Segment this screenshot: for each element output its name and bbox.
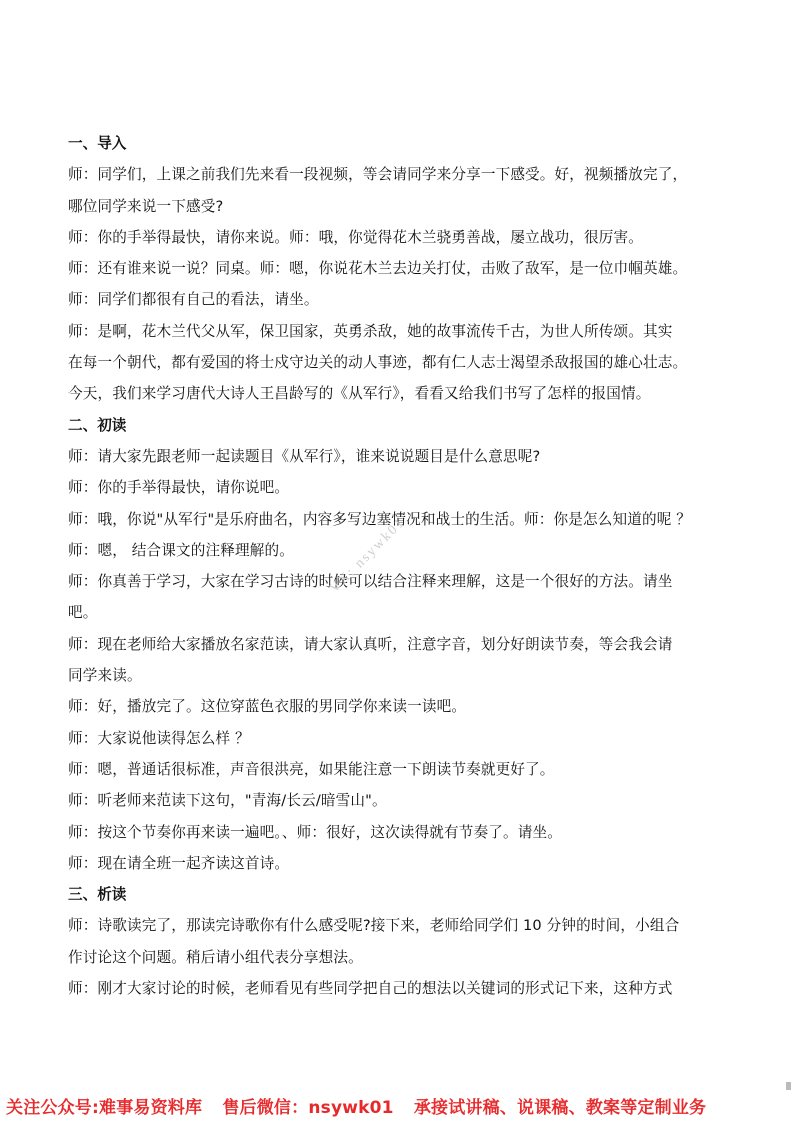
document-body: 一、导入 师：同学们，上课之前我们先来看一段视频，等会请同学来分享一下感受。好，… — [68, 128, 728, 1004]
paragraph-line: 师：哦，你说"从军行"是乐府曲名，内容多写边塞情况和战士的生活。师：你是怎么知道… — [68, 504, 728, 535]
paragraph-line: 师：现在老师给大家播放名家范读，请大家认真听，注意字音，划分好朗读节奏，等会我会… — [68, 629, 728, 660]
paragraph-line: 师：嗯，普通话很标准，声音很洪亮，如果能注意一下朗读节奏就更好了。 — [68, 754, 728, 785]
paragraph-line: 师：同学们都很有自己的看法，请坐。 — [68, 284, 728, 315]
paragraph-line: 师：还有谁来说一说？同桌。师：嗯，你说花木兰去边关打仗，击败了敌军，是一位巾帼英… — [68, 253, 728, 284]
paragraph-line: 师：大家说他读得怎么样 ？ — [68, 723, 728, 754]
paragraph-line: 师：嗯， 结合课文的注释理解的。 — [68, 535, 728, 566]
footer-account: 关注公众号:难事易资料库 — [6, 1098, 202, 1118]
paragraph-line: 师：刚才大家讨论的时候，老师看见有些同学把自己的想法以关键词的形式记下来，这种方… — [68, 973, 728, 1004]
paragraph-line: 师：是啊，花木兰代父从军，保卫国家，英勇杀敌，她的故事流传千古，为世人所传颂。其… — [68, 316, 728, 347]
paragraph-line: 师：你的手举得最快，请你来说。师：哦，你觉得花木兰骁勇善战，屡立战功，很厉害。 — [68, 222, 728, 253]
paragraph-line: 师：请大家先跟老师一起读题目《从军行》，谁来说说题目是什么意思呢? — [68, 441, 728, 472]
paragraph-line: 师：你真善于学习，大家在学习古诗的时候可以结合注释来理解，这是一个很好的方法。请… — [68, 566, 728, 597]
paragraph-line: 在每一个朝代，都有爱国的将士戍守边关的动人事迹，都有仁人志士渴望杀敌报国的雄心壮… — [68, 347, 728, 378]
paragraph-line: 师：好，播放完了。这位穿蓝色衣服的男同学你来读一读吧。 — [68, 691, 728, 722]
section-intro: 一、导入 师：同学们，上课之前我们先来看一段视频，等会请同学来分享一下感受。好，… — [68, 128, 728, 410]
paragraph-line: 哪位同学来说一下感受? — [68, 191, 728, 222]
paragraph-line: 师：按这个节奏你再来读一遍吧。、师：很好，这次读得就有节奏了。请坐。 — [68, 817, 728, 848]
section-heading: 一、导入 — [68, 128, 728, 159]
promo-footer: 关注公众号:难事易资料库 售后微信：nsywk01 承接试讲稿、说课稿、教案等定… — [6, 1093, 793, 1118]
section-heading: 二、初读 — [68, 410, 728, 441]
page-edge-mark — [786, 1082, 791, 1090]
paragraph-line: 师：现在请全班一起齐读这首诗。 — [68, 848, 728, 879]
section-analysis-reading: 三、析读 师：诗歌读完了，那读完诗歌你有什么感受呢?接下来，老师给同学们 10 … — [68, 879, 728, 1004]
paragraph-line: 作讨论这个问题。稍后请小组代表分享想法。 — [68, 942, 728, 973]
paragraph-line: 吧。 — [68, 597, 728, 628]
footer-services: 承接试讲稿、说课稿、教案等定制业务 — [414, 1098, 706, 1118]
section-heading: 三、析读 — [68, 879, 728, 910]
paragraph-line: 同学来读。 — [68, 660, 728, 691]
section-first-reading: 二、初读 师：请大家先跟老师一起读题目《从军行》，谁来说说题目是什么意思呢? 师… — [68, 410, 728, 879]
paragraph-line: 今天，我们来学习唐代大诗人王昌龄写的《从军行》，看看又给我们书写了怎样的报国情。 — [68, 378, 728, 409]
footer-wechat: 售后微信：nsywk01 — [222, 1098, 393, 1118]
paragraph-line: 师：听老师来范读下这句，"青海/长云/暗雪山"。 — [68, 785, 728, 816]
paragraph-line: 师：诗歌读完了，那读完诗歌你有什么感受呢?接下来，老师给同学们 10 分钟的时间… — [68, 910, 728, 941]
paragraph-line: 师：同学们，上课之前我们先来看一段视频，等会请同学来分享一下感受。好，视频播放完… — [68, 159, 728, 190]
paragraph-line: 师：你的手举得最快，请你说吧。 — [68, 472, 728, 503]
